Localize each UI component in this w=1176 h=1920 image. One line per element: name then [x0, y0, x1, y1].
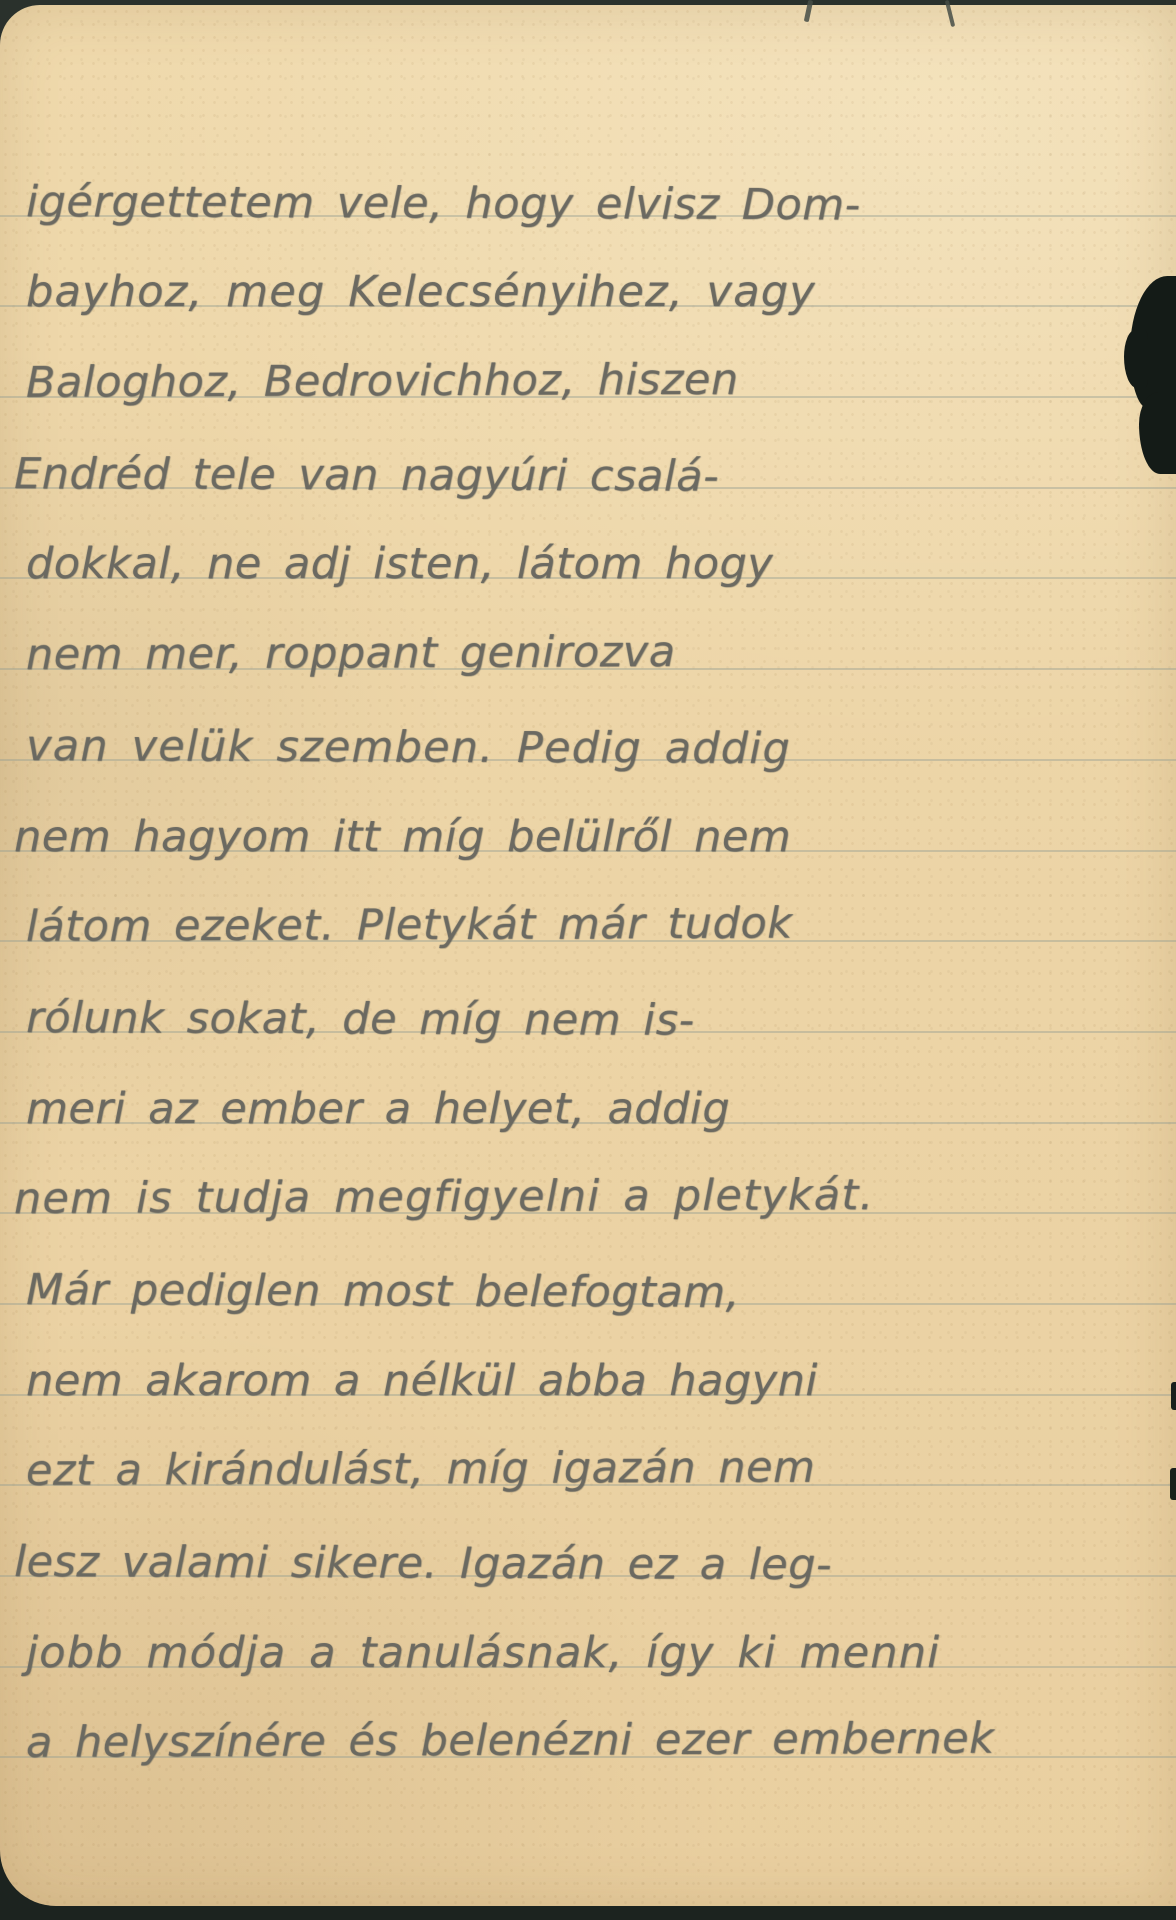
manuscript-line: Baloghoz, Bedrovichhoz, hiszen — [0, 307, 1176, 398]
manuscript-line: nem akarom a nélkül abba hagyni — [0, 1305, 1176, 1396]
manuscript-line: meri az ember a helyet, addig — [0, 1033, 1176, 1124]
manuscript-line: van velük szemben. Pedig addig — [0, 670, 1176, 761]
torn-paper-blot — [1124, 330, 1148, 388]
handwritten-text-block: igérgettetem vele, hogy elvisz Dom- bayh… — [0, 126, 1176, 1758]
manuscript-line-text: a helyszínére és belenézni ezer embernek — [0, 1714, 995, 1768]
manuscript-line: lesz valami sikere. Igazán ez a leg- — [0, 1486, 1176, 1577]
manuscript-line: rólunk sokat, de míg nem is- — [0, 942, 1176, 1033]
scanned-notebook-photo: igérgettetem vele, hogy elvisz Dom- bayh… — [0, 0, 1176, 1920]
manuscript-line: ezt a kirándulást, míg igazán nem — [0, 1396, 1176, 1487]
manuscript-line: Endréd tele van nagyúri csalá- — [0, 398, 1176, 489]
edge-speck — [1171, 1382, 1176, 1410]
manuscript-line: nem is tudja megfigyelni a pletykát. — [0, 1124, 1176, 1215]
manuscript-line: nem mer, roppant genirozva — [0, 579, 1176, 670]
manuscript-line: látom ezeket. Pletykát már tudok — [0, 852, 1176, 943]
manuscript-line: dokkal, ne adj isten, látom hogy — [0, 489, 1176, 580]
edge-speck — [1170, 1468, 1176, 1500]
manuscript-line: nem hagyom itt míg belülről nem — [0, 761, 1176, 852]
manuscript-line: jobb módja a tanulásnak, így ki menni — [0, 1577, 1176, 1668]
manuscript-line: igérgettetem vele, hogy elvisz Dom- — [0, 126, 1176, 217]
manuscript-line: bayhoz, meg Kelecsényihez, vagy — [0, 217, 1176, 308]
manuscript-line: Már pediglen most belefogtam, — [0, 1214, 1176, 1305]
manuscript-line: a helyszínére és belenézni ezer embernek — [0, 1668, 1176, 1759]
